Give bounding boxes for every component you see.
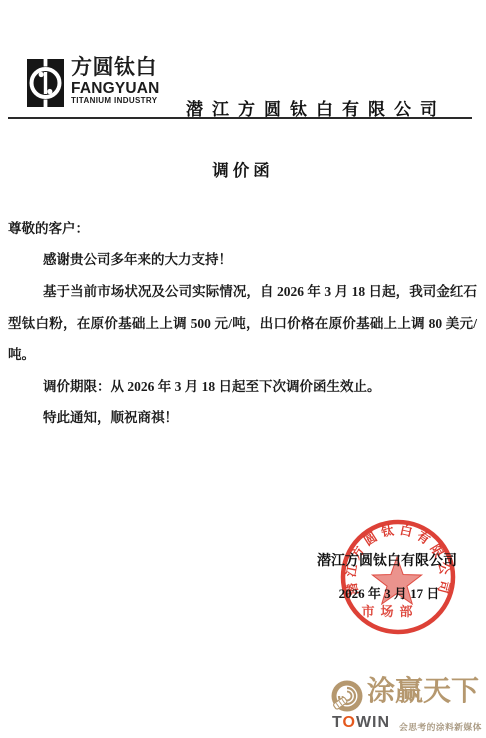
logo-brand-sub: TITANIUM INDUSTRY	[71, 96, 160, 106]
header-divider	[8, 117, 472, 119]
body-line: 吨。	[8, 346, 35, 364]
towin-o-mark: O	[342, 714, 355, 731]
salutation-line: 尊敬的客户：	[8, 220, 89, 238]
signature-company: 潜江方圆钛白有限公司	[316, 550, 458, 570]
company-seal: 潜江方圆钛白有限公司 市场部	[338, 517, 458, 637]
body-line: 感谢贵公司多年来的大力支持！	[43, 251, 232, 269]
document-title: 调价函	[0, 157, 486, 181]
watermark-brand-cn: 涂赢天下	[367, 677, 479, 706]
company-logo-icon	[27, 59, 64, 107]
document-page: 方圆钛白 FANGYUAN TITANIUM INDUSTRY 潜江方圆钛白有限…	[0, 0, 486, 738]
body-line: 调价期限：从 2026 年 3 月 18 日起至下次调价函生效止。	[43, 378, 381, 396]
body-line: 特此通知，顺祝商祺！	[43, 409, 178, 427]
seal-department: 市场部	[361, 604, 418, 619]
logo-brand-cn: 方圆钛白	[71, 57, 160, 80]
watermark-brand-en: TOWIN	[332, 714, 390, 732]
signature-date: 2026 年 3 月 17 日	[329, 583, 449, 602]
towin-logo-icon	[330, 679, 364, 713]
logo-brand-block: 方圆钛白 FANGYUAN TITANIUM INDUSTRY	[71, 57, 160, 106]
watermark-tagline: 会思考的涂料新媒体	[399, 720, 482, 733]
body-line: 基于当前市场状况及公司实际情况，自 2026 年 3 月 18 日起，我司金红石	[43, 283, 477, 301]
body-line: 型钛白粉，在原价基础上上调 500 元/吨，出口价格在原价基础上上调 80 美元…	[8, 315, 477, 333]
logo-brand-en: FANGYUAN	[71, 81, 160, 97]
